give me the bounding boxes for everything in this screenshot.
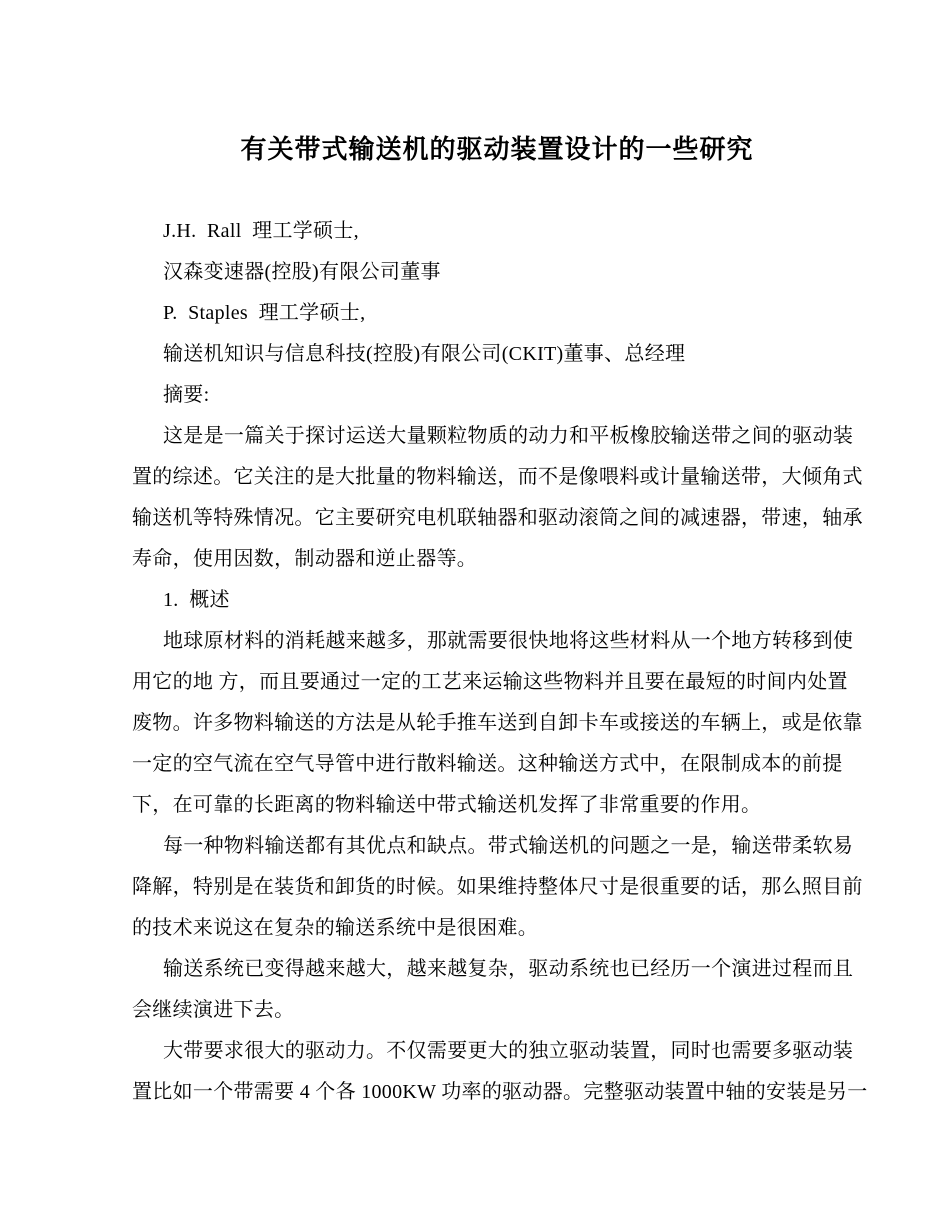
document-title: 有关带式输送机的驱动装置设计的一些研究 [0,133,952,165]
text-line: J.H. Rall 理工学硕士, [132,211,872,252]
text-line: 置比如一个带需要 4 个各 1000KW 功率的驱动器。完整驱动装置中轴的安装是… [132,1072,872,1113]
text-line: 输送机知识与信息科技(控股)有限公司(CKIT)董事、总经理 [132,334,872,375]
text-line: 寿命，使用因数，制动器和逆止器等。 [132,539,872,580]
text-line: 一定的空气流在空气导管中进行散料输送。这种输送方式中，在限制成本的前提 [132,744,872,785]
text-line: 汉森变速器(控股)有限公司董事 [132,252,872,293]
text-line: 会继续演进下去。 [132,990,872,1031]
text-line: 每一种物料输送都有其优点和缺点。带式输送机的问题之一是，输送带柔软易 [132,826,872,867]
text-line: 置的综述。它关注的是大批量的物料输送，而不是像喂料或计量输送带，大倾角式 [132,457,872,498]
document-title-text: 有关带式输送机的驱动装置设计的一些研究 [240,134,753,164]
text-line: 废物。许多物料输送的方法是从轮手推车送到自卸卡车或接送的车辆上，或是依靠 [132,703,872,744]
text-line: 地球原材料的消耗越来越多，那就需要很快地将这些材料从一个地方转移到使 [132,621,872,662]
text-line: 下，在可靠的长距离的物料输送中带式输送机发挥了非常重要的作用。 [132,785,872,826]
text-line: 降解，特别是在装货和卸货的时候。如果维持整体尺寸是很重要的话，那么照目前 [132,867,872,908]
text-line: 摘要: [132,375,872,416]
document-body: J.H. Rall 理工学硕士, 汉森变速器(控股)有限公司董事 P. Stap… [132,211,872,1113]
text-line: 的技术来说这在复杂的输送系统中是很困难。 [132,908,872,949]
text-line: P. Staples 理工学硕士, [132,293,872,334]
text-line: 输送机等特殊情况。它主要研究电机联轴器和驱动滚筒之间的减速器，带速，轴承 [132,498,872,539]
text-line: 大带要求很大的驱动力。不仅需要更大的独立驱动装置，同时也需要多驱动装 [132,1031,872,1072]
text-line: 用它的地 方，而且要通过一定的工艺来运输这些物料并且要在最短的时间内处置 [132,662,872,703]
text-line: 1. 概述 [132,580,872,621]
text-line: 输送系统已变得越来越大，越来越复杂，驱动系统也已经历一个演进过程而且 [132,949,872,990]
text-line: 这是是一篇关于探讨运送大量颗粒物质的动力和平板橡胶输送带之间的驱动装 [132,416,872,457]
document-page: 有关带式输送机的驱动装置设计的一些研究 J.H. Rall 理工学硕士, 汉森变… [0,0,952,1232]
